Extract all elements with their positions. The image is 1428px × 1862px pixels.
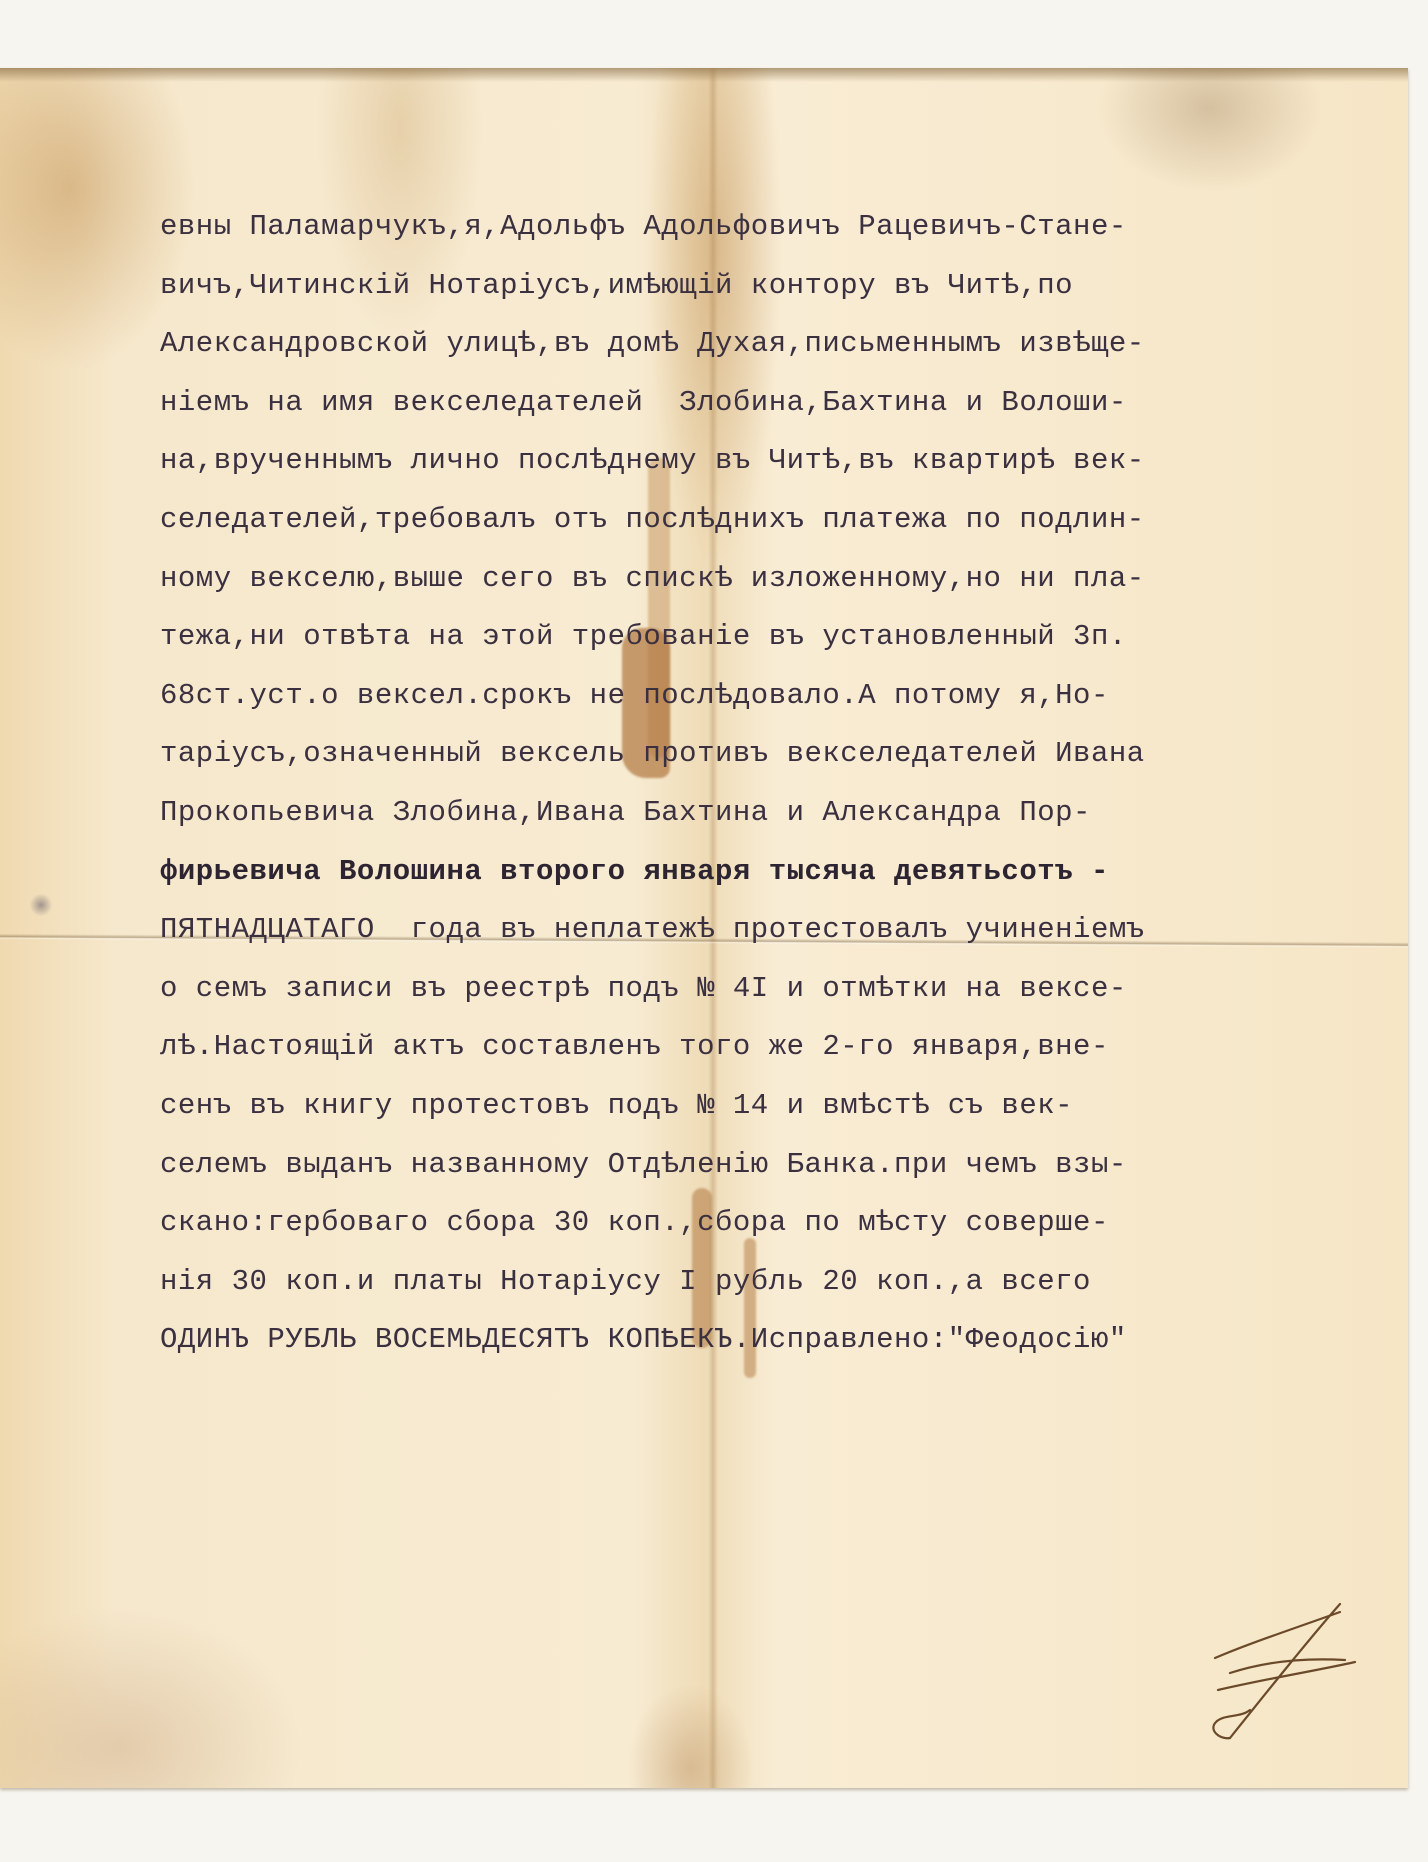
text-line: вичъ,Читинскiй Нотарiусъ,имѣющiй контору… [160, 257, 1410, 316]
text-line: на,врученнымъ лично послѣднему въ Читѣ,в… [160, 432, 1410, 491]
text-line: тежа,ни отвѣта на этой требованiе въ уст… [160, 608, 1410, 667]
text-line: нiя 30 коп.и платы Нотарiусу I рубль 20 … [160, 1253, 1410, 1312]
text-line: тарiусъ,означенный вексель противъ вексе… [160, 725, 1410, 784]
text-line: Прокопьевича Злобина,Ивана Бахтина и Але… [160, 784, 1410, 843]
text-line: евны Паламарчукъ,я,Адольфъ Адольфовичъ Р… [160, 198, 1410, 257]
text-line: ному векселю,выше сего въ спискѣ изложен… [160, 550, 1410, 609]
text-line: ОДИНЪ РУБЛЬ ВОСЕМЬДЕСЯТЪ КОПѢЕКЪ.Исправл… [160, 1311, 1410, 1370]
text-line: лѣ.Настоящiй актъ составленъ того же 2-г… [160, 1018, 1410, 1077]
scanned-page: евны Паламарчукъ,я,Адольфъ Адольфовичъ Р… [0, 0, 1428, 1862]
text-line: о семъ записи въ реестрѣ подъ № 4I и отм… [160, 960, 1410, 1019]
text-line-protest-number: сенъ въ книгу протестовъ подъ № 14 и вмѣ… [160, 1077, 1410, 1136]
text-line: Александровской улицѣ,въ домѣ Духая,пись… [160, 315, 1410, 374]
text-line: 68ст.уст.о вексел.срокъ не послѣдовало.А… [160, 667, 1410, 726]
text-line: ПЯТНАДЦАТАГО года въ неплатежѣ протестов… [160, 901, 1410, 960]
signature-icon [1190, 1598, 1370, 1748]
typewritten-body: евны Паламарчукъ,я,Адольфъ Адольфовичъ Р… [160, 198, 1410, 1370]
ink-blot [30, 893, 52, 917]
text-line: скано:гербоваго сбора 30 коп.,сбора по м… [160, 1194, 1410, 1253]
text-line: фирьевича Волошина второго января тысяча… [160, 843, 1410, 902]
text-line: селемъ выданъ названному Отдѣленiю Банка… [160, 1136, 1410, 1195]
text-line: нiемъ на имя векселедателей Злобина,Бахт… [160, 374, 1410, 433]
text-line: селедателей,требовалъ отъ послѣднихъ пла… [160, 491, 1410, 550]
